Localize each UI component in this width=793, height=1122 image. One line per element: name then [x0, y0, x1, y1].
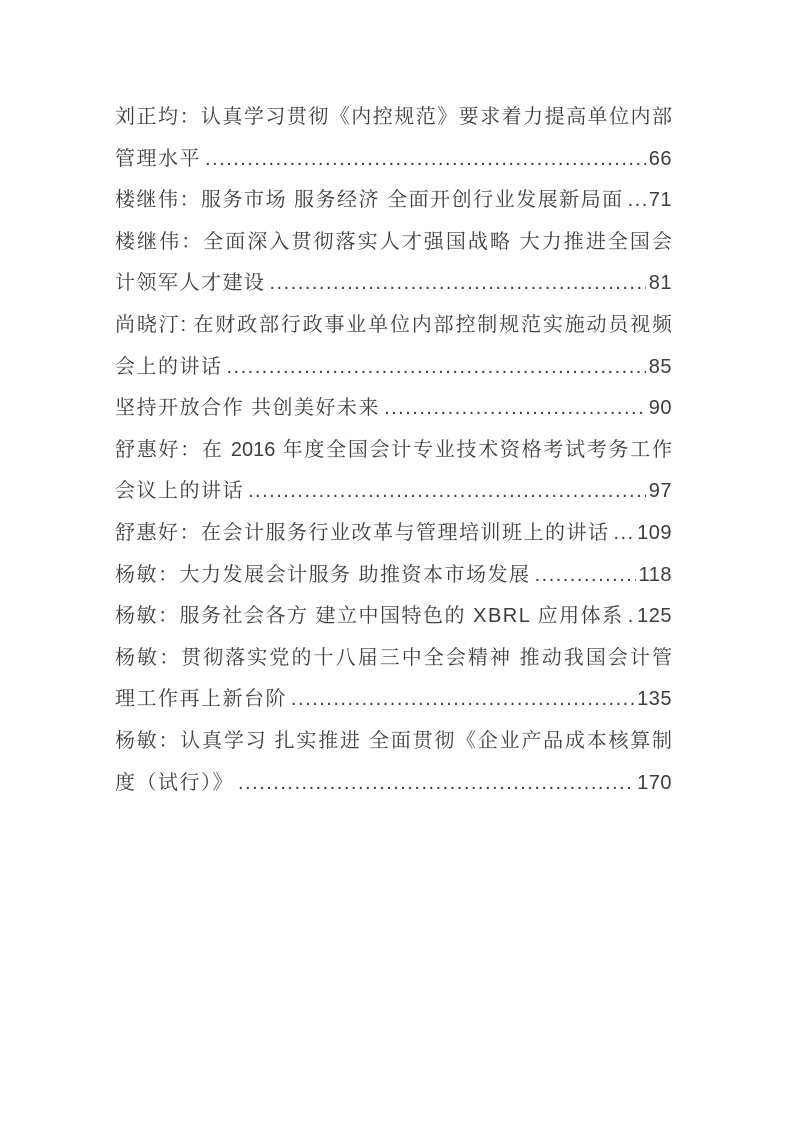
toc-page-number: 135	[637, 679, 672, 721]
toc-page-number: 97	[649, 471, 672, 513]
toc-line-text: 楼继伟：服务市场 服务经济 全面开创行业发展新局面	[115, 180, 624, 222]
toc-line: 舒惠好：在会计服务行业改革与管理培训班上的讲话 ................…	[115, 513, 672, 555]
toc-line: 会议上的讲话 .................................…	[115, 471, 672, 513]
toc-line: 会上的讲话 ..................................…	[115, 347, 672, 389]
toc-line-text: 计领军人才建设	[115, 263, 266, 305]
dot-leader: ........................................…	[227, 347, 646, 389]
toc-line-text: 尚晓汀: 在财政部行政事业单位内部控制规范实施动员视频	[115, 314, 672, 336]
toc-line-text: 杨敏：认真学习 扎实推进 全面贯彻《企业产品成本核算制	[115, 730, 672, 752]
toc-line: 杨敏：认真学习 扎实推进 全面贯彻《企业产品成本核算制	[115, 721, 672, 763]
toc-line-text: 杨敏：服务社会各方 建立中国特色的 XBRL 应用体系	[115, 596, 624, 638]
dot-leader: ........................................…	[614, 513, 635, 555]
toc-line-text: 坚持开放合作 共创美好未来	[115, 388, 380, 430]
toc-line: 度（试行）》 .................................…	[115, 763, 672, 805]
dot-leader: ........................................…	[270, 263, 646, 305]
table-of-contents: 刘正均：认真学习贯彻《内控规范》要求着力提高单位内部 管理水平 ........…	[115, 97, 672, 804]
toc-line: 坚持开放合作 共创美好未来 ..........................…	[115, 388, 672, 430]
toc-page-number: 66	[649, 139, 672, 181]
toc-line-text: 舒惠好：在 2016 年度全国会计专业技术资格考试考务工作	[115, 439, 672, 461]
toc-line-text: 管理水平	[115, 139, 201, 181]
document-page: 刘正均：认真学习贯彻《内控规范》要求着力提高单位内部 管理水平 ........…	[0, 0, 793, 1122]
toc-line: 楼继伟：服务市场 服务经济 全面开创行业发展新局面 ..............…	[115, 180, 672, 222]
dot-leader: ........................................…	[628, 596, 634, 638]
toc-line: 楼继伟：全面深入贯彻落实人才强国战略 大力推进全国会	[115, 222, 672, 264]
dot-leader: ........................................…	[205, 139, 646, 181]
toc-page-number: 71	[649, 180, 672, 222]
dot-leader: ........................................…	[291, 679, 634, 721]
toc-page-number: 118	[639, 555, 672, 597]
toc-page-number: 125	[637, 596, 672, 638]
toc-line: 理工作再上新台阶 ...............................…	[115, 679, 672, 721]
toc-page-number: 85	[649, 347, 672, 389]
toc-line: 管理水平 ...................................…	[115, 139, 672, 181]
toc-line-text: 杨敏：大力发展会计服务 助推资本市场发展	[115, 555, 531, 597]
toc-line: 尚晓汀: 在财政部行政事业单位内部控制规范实施动员视频	[115, 305, 672, 347]
dot-leader: ........................................…	[238, 763, 634, 805]
toc-line-text: 度（试行）》	[115, 763, 234, 805]
dot-leader: ........................................…	[248, 471, 646, 513]
toc-page-number: 109	[637, 513, 672, 555]
toc-line-text: 会上的讲话	[115, 347, 223, 389]
toc-line-text: 楼继伟：全面深入贯彻落实人才强国战略 大力推进全国会	[115, 231, 672, 253]
toc-line: 计领军人才建设 ................................…	[115, 263, 672, 305]
toc-line: 杨敏：服务社会各方 建立中国特色的 XBRL 应用体系 ............…	[115, 596, 672, 638]
toc-line: 杨敏：大力发展会计服务 助推资本市场发展 ...................…	[115, 555, 672, 597]
toc-page-number: 170	[637, 763, 672, 805]
toc-line-text: 刘正均：认真学习贯彻《内控规范》要求着力提高单位内部	[115, 106, 672, 128]
toc-line-text: 杨敏：贯彻落实党的十八届三中全会精神 推动我国会计管	[115, 647, 672, 669]
toc-line: 舒惠好：在 2016 年度全国会计专业技术资格考试考务工作	[115, 430, 672, 472]
dot-leader: ........................................…	[535, 555, 636, 597]
dot-leader: ........................................…	[628, 180, 646, 222]
toc-line-text: 理工作再上新台阶	[115, 679, 287, 721]
toc-line-text: 会议上的讲话	[115, 471, 244, 513]
toc-page-number: 90	[649, 388, 672, 430]
toc-line-text: 舒惠好：在会计服务行业改革与管理培训班上的讲话	[115, 513, 610, 555]
toc-line: 刘正均：认真学习贯彻《内控规范》要求着力提高单位内部	[115, 97, 672, 139]
dot-leader: ........................................…	[384, 388, 646, 430]
toc-line: 杨敏：贯彻落实党的十八届三中全会精神 推动我国会计管	[115, 638, 672, 680]
toc-page-number: 81	[649, 263, 672, 305]
